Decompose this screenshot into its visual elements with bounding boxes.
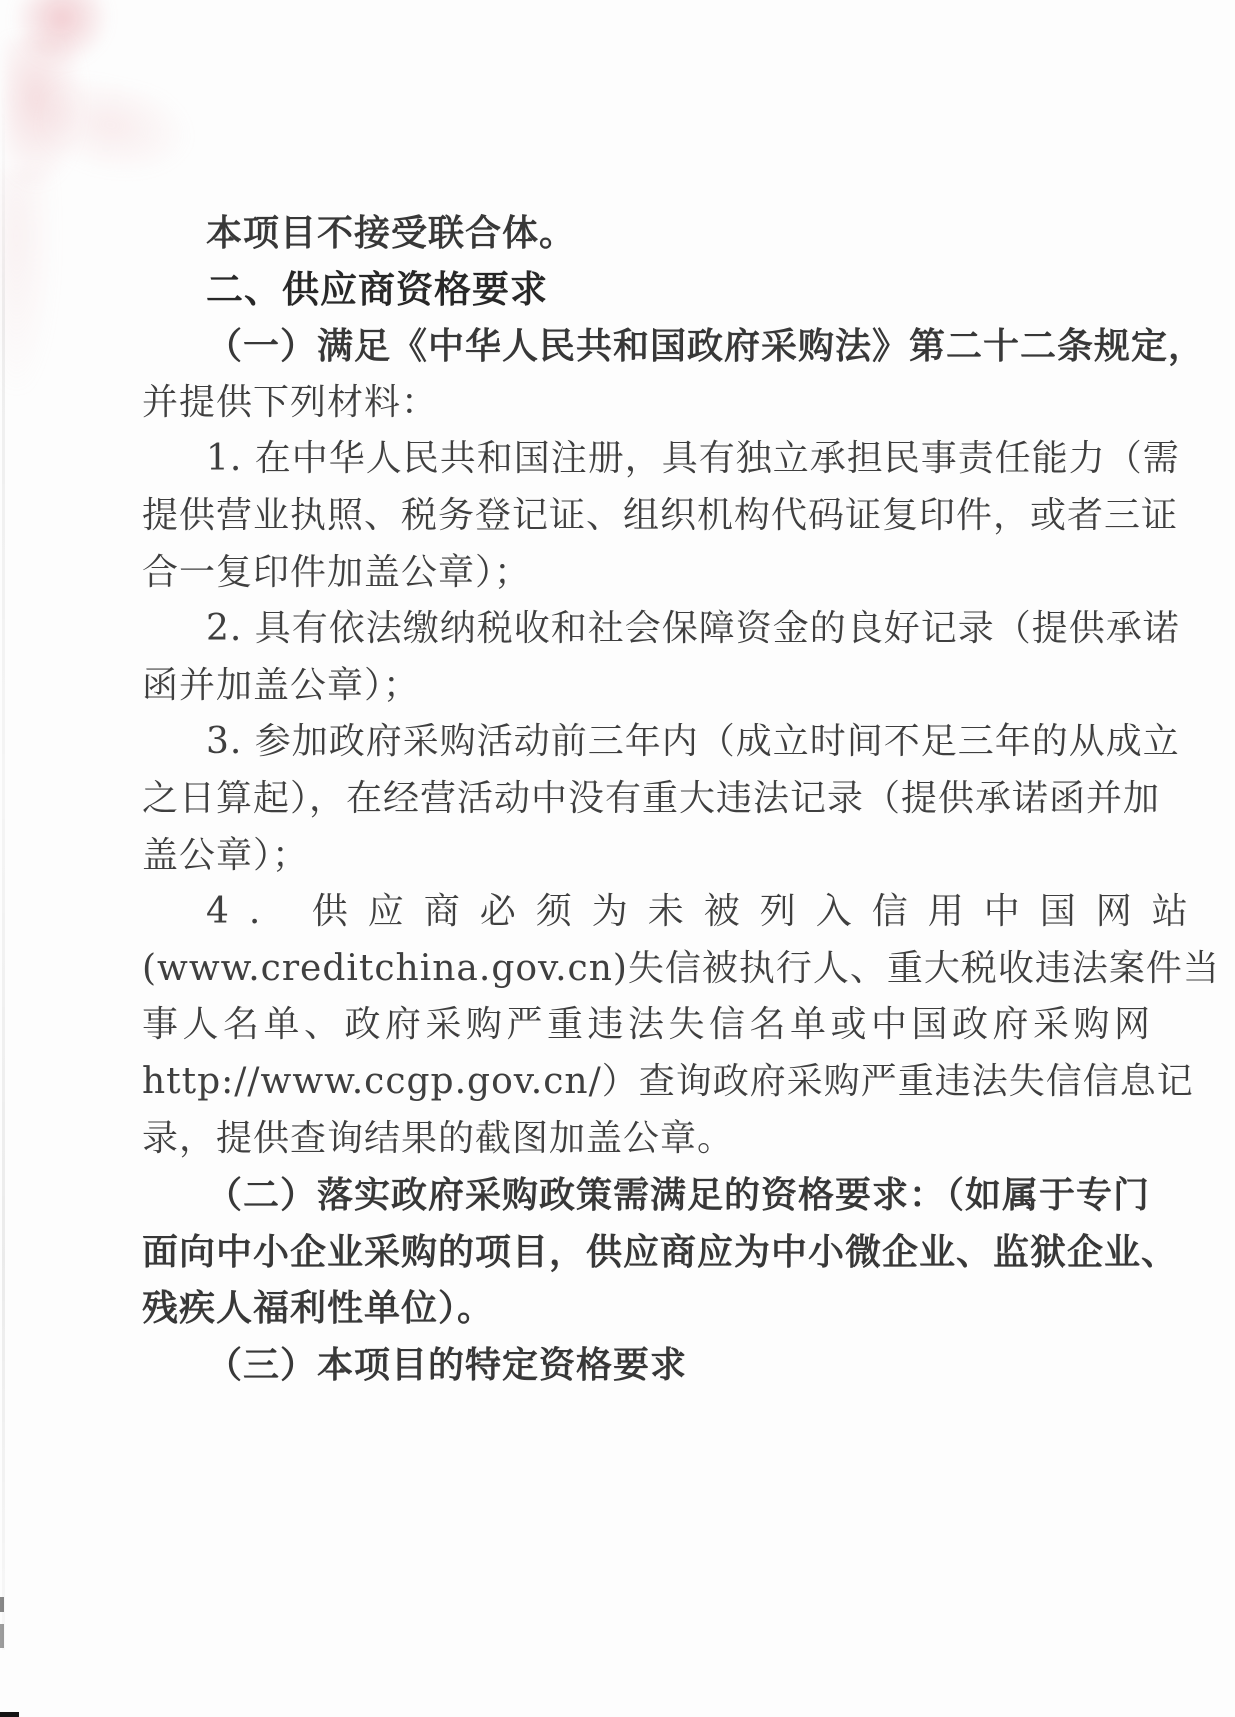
red-ink-smudge — [0, 170, 55, 390]
red-ink-smudge — [4, 38, 84, 188]
item-1-1-line-3: 合一复印件加盖公章）； — [142, 545, 1102, 602]
red-ink-smudge — [34, 71, 199, 190]
section-2-heading: 二、供应商资格要求 — [142, 262, 1102, 319]
scanner-tick-mark — [0, 1597, 4, 1612]
item-1-1-line-1: 1. 在中华人民共和国注册，具有独立承担民事责任能力（需 — [142, 431, 1102, 488]
item-1-3-line-1: 3. 参加政府采购活动前三年内（成立时间不足三年的从成立 — [142, 714, 1102, 771]
scanner-tick-mark — [0, 1624, 4, 1648]
item-1-4-line-5: 录，提供查询结果的截图加盖公章。 — [142, 1111, 1102, 1168]
item-1-2-line-2: 函并加盖公章）； — [142, 658, 1102, 715]
scan-edge-line — [2, 90, 5, 1650]
item-1-2-line-1: 2. 具有依法缴纳税收和社会保障资金的良好记录（提供承诺 — [142, 601, 1102, 658]
corner-registration-bar — [0, 1712, 19, 1717]
item-1-1-line-2: 提供营业执照、税务登记证、组织机构代码证复印件，或者三证 — [142, 488, 1102, 545]
scanned-document-page: 本项目不接受联合体。二、供应商资格要求（一）满足《中华人民共和国政府采购法》第二… — [0, 0, 1235, 1717]
item-1-3-line-2: 之日算起），在经营活动中没有重大违法记录（提供承诺函并加 — [142, 771, 1102, 828]
item-1-4-line-2: (www.creditchina.gov.cn)失信被执行人、重大税收违法案件当 — [142, 941, 1102, 998]
red-ink-smudge — [4, 0, 124, 79]
item-1-4-line-3: 事人名单、政府采购严重违法失信名单或中国政府采购网 — [142, 997, 1102, 1054]
item-1-lead: （一）满足《中华人民共和国政府采购法》第二十二条规定， — [142, 318, 1102, 375]
item-1-lead-cont: 并提供下列材料： — [142, 375, 1102, 432]
item-1-3-line-3: 盖公章）； — [142, 828, 1102, 885]
item-3-heading: （三）本项目的特定资格要求 — [142, 1337, 1102, 1394]
document-body: 本项目不接受联合体。二、供应商资格要求（一）满足《中华人民共和国政府采购法》第二… — [142, 205, 1102, 1393]
item-1-4-line-4: http://www.ccgp.gov.cn/）查询政府采购严重违法失信信息记 — [142, 1054, 1102, 1111]
item-2-line-3: 残疾人福利性单位）。 — [142, 1280, 1102, 1337]
item-2-line-2: 面向中小企业采购的项目，供应商应为中小微企业、监狱企业、 — [142, 1224, 1102, 1281]
item-1-4-line-1: 4. 供应商必须为未被列入信用中国网站 — [142, 884, 1102, 941]
line-no-consortium: 本项目不接受联合体。 — [142, 205, 1102, 262]
item-2-line-1: （二）落实政府采购政策需满足的资格要求：（如属于专门 — [142, 1167, 1102, 1224]
